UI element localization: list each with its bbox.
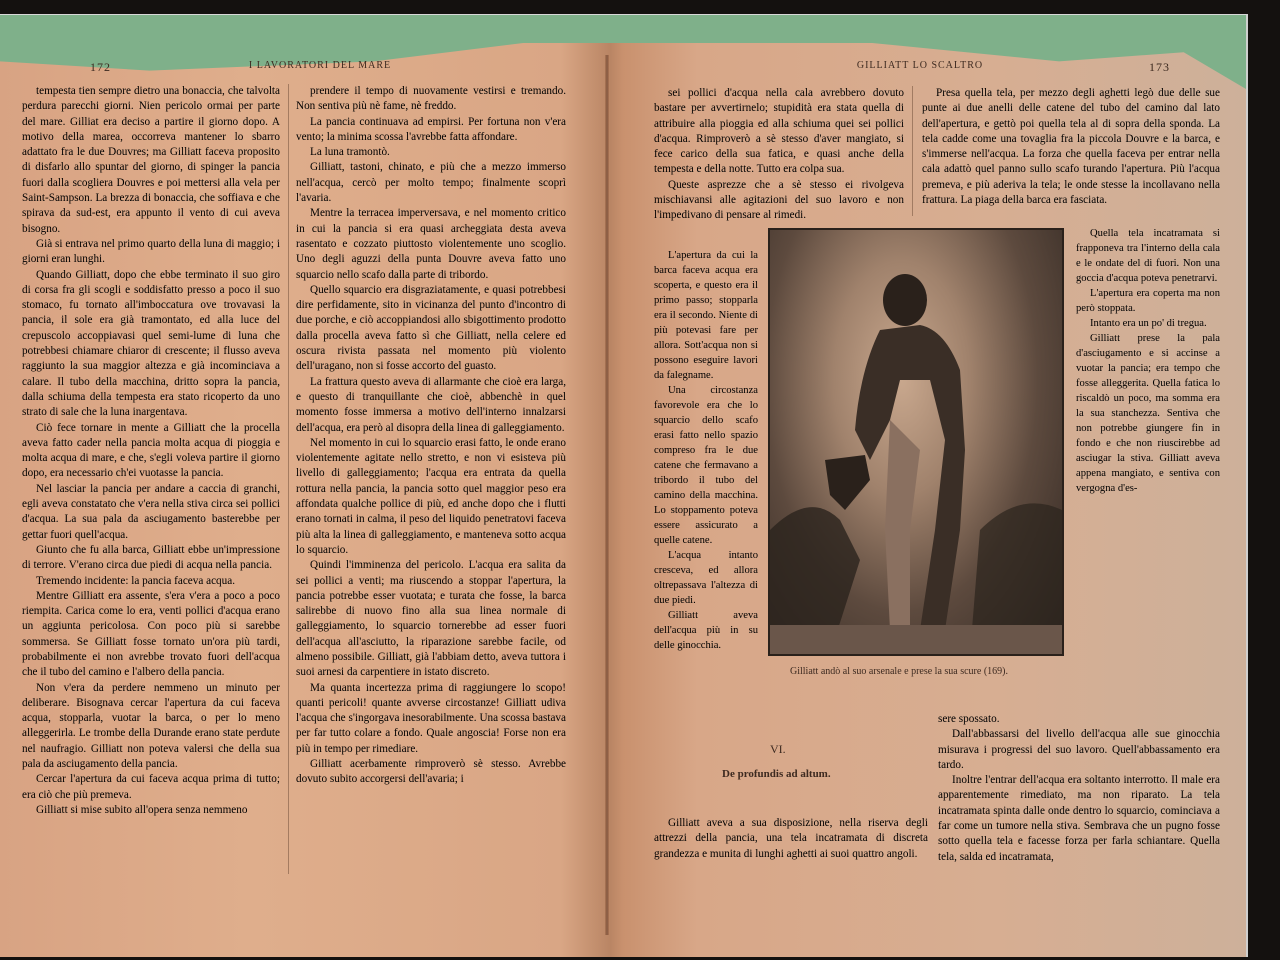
paragraph: Gilliatt prese la pala d'asciugamento e …: [1076, 331, 1220, 496]
paragraph: Gilliatt acerbamente rimproverò sè stess…: [296, 757, 566, 788]
paragraph: sere spossato.: [938, 712, 1220, 727]
paragraph: Non v'era da perdere nemmeno un minuto p…: [22, 681, 280, 773]
right-column-2-top: Presa quella tela, per mezzo degli aghet…: [922, 86, 1220, 226]
paragraph: Tremendo incidente: la pancia faceva acq…: [22, 574, 280, 589]
chapter-opening-text: Gilliatt aveva a sua disposizione, nella…: [654, 816, 928, 862]
paragraph: Ciò fece tornare in mente a Gilliatt che…: [22, 421, 280, 482]
right-column-rule: [912, 86, 913, 216]
left-running-title: I LAVORATORI DEL MARE: [60, 60, 580, 71]
paragraph: La luna tramontò.: [296, 145, 566, 160]
right-column-2-bottom: sere spossato. Dall'abbassarsi del livel…: [938, 712, 1220, 865]
right-column-1-top: sei pollici d'acqua nella cala avrebbero…: [654, 86, 904, 224]
figure-caption: Gilliatt andò al suo arsenale e prese la…: [790, 666, 1008, 677]
right-column-1-narrow: L'apertura da cui la barca faceva acqua …: [654, 248, 758, 653]
paragraph: Quando Gilliatt, dopo che ebbe terminato…: [22, 268, 280, 421]
chapter-title: De profundis ad altum.: [722, 768, 831, 780]
paragraph: Queste asprezze che a sè stesso ei rivol…: [654, 178, 904, 224]
left-page: 172 I LAVORATORI DEL MARE: [60, 60, 580, 78]
right-page-number: 173: [1149, 60, 1170, 75]
paragraph: La pancia continuava ad empirsi. Per for…: [296, 115, 566, 146]
paragraph: Gilliatt aveva a sua disposizione, nella…: [654, 816, 928, 862]
paragraph: tempesta tien sempre dietro una bonaccia…: [22, 84, 280, 237]
paragraph: Gilliatt aveva dell'acqua più in su dell…: [654, 608, 758, 653]
paragraph: Dall'abbassarsi del livello dell'acqua a…: [938, 727, 1220, 773]
paragraph: Una circostanza favorevole era che lo sq…: [654, 383, 758, 548]
paragraph: Quella tela incatramata si frapponeva tr…: [1076, 226, 1220, 286]
right-running-title: GILLIATT LO SCALTRO: [630, 60, 1210, 71]
paragraph: Inoltre l'entrar dell'acqua era soltanto…: [938, 773, 1220, 865]
paragraph: Nel momento in cui lo squarcio erasi fat…: [296, 436, 566, 558]
paragraph: Ma quanta incertezza prima di raggiunger…: [296, 681, 566, 757]
paragraph: L'apertura da cui la barca faceva acqua …: [654, 248, 758, 383]
paragraph: Quindi l'imminenza del pericolo. L'acqua…: [296, 558, 566, 680]
right-page: GILLIATT LO SCALTRO 173: [650, 60, 1230, 78]
paragraph: Intanto era un po' di tregua.: [1076, 316, 1220, 331]
right-column-2-narrow: Quella tela incatramata si frapponeva tr…: [1076, 226, 1220, 714]
left-column-1: tempesta tien sempre dietro una bonaccia…: [22, 84, 280, 818]
paragraph: La frattura questo aveva di allarmante c…: [296, 375, 566, 436]
left-column-rule: [288, 84, 289, 874]
left-column-2: prendere il tempo di nuovamente vestirsi…: [296, 84, 566, 788]
paragraph: Mentre Gilliatt era assente, s'era v'era…: [22, 589, 280, 681]
right-running-header: GILLIATT LO SCALTRO 173: [650, 60, 1230, 78]
illustration-gilliatt-with-axe: [768, 228, 1064, 656]
book-gutter: [605, 55, 609, 935]
paragraph: Presa quella tela, per mezzo degli aghet…: [922, 86, 1220, 208]
paragraph: Cercar l'apertura da cui faceva acqua pr…: [22, 772, 280, 803]
engraving-figure-icon: [770, 230, 1062, 654]
paragraph: L'apertura era coperta ma non però stopp…: [1076, 286, 1220, 316]
left-running-header: 172 I LAVORATORI DEL MARE: [60, 60, 580, 78]
paragraph: Gilliatt si mise subito all'opera senza …: [22, 803, 280, 818]
paragraph: Gilliatt, tastoni, chinato, e più che a …: [296, 160, 566, 206]
paragraph: Giunto che fu alla barca, Gilliatt ebbe …: [22, 543, 280, 574]
chapter-number: VI.: [770, 742, 786, 757]
paragraph: Mentre la terracea imperversava, e nel m…: [296, 206, 566, 282]
paragraph: L'acqua intanto cresceva, ed allora oltr…: [654, 548, 758, 608]
paragraph: sei pollici d'acqua nella cala avrebbero…: [654, 86, 904, 178]
paragraph: Già si entrava nel primo quarto della lu…: [22, 237, 280, 268]
paragraph: Quello squarcio era disgraziatamente, e …: [296, 283, 566, 375]
paragraph: Nel lasciar la pancia per andare a cacci…: [22, 482, 280, 543]
paragraph: prendere il tempo di nuovamente vestirsi…: [296, 84, 566, 115]
